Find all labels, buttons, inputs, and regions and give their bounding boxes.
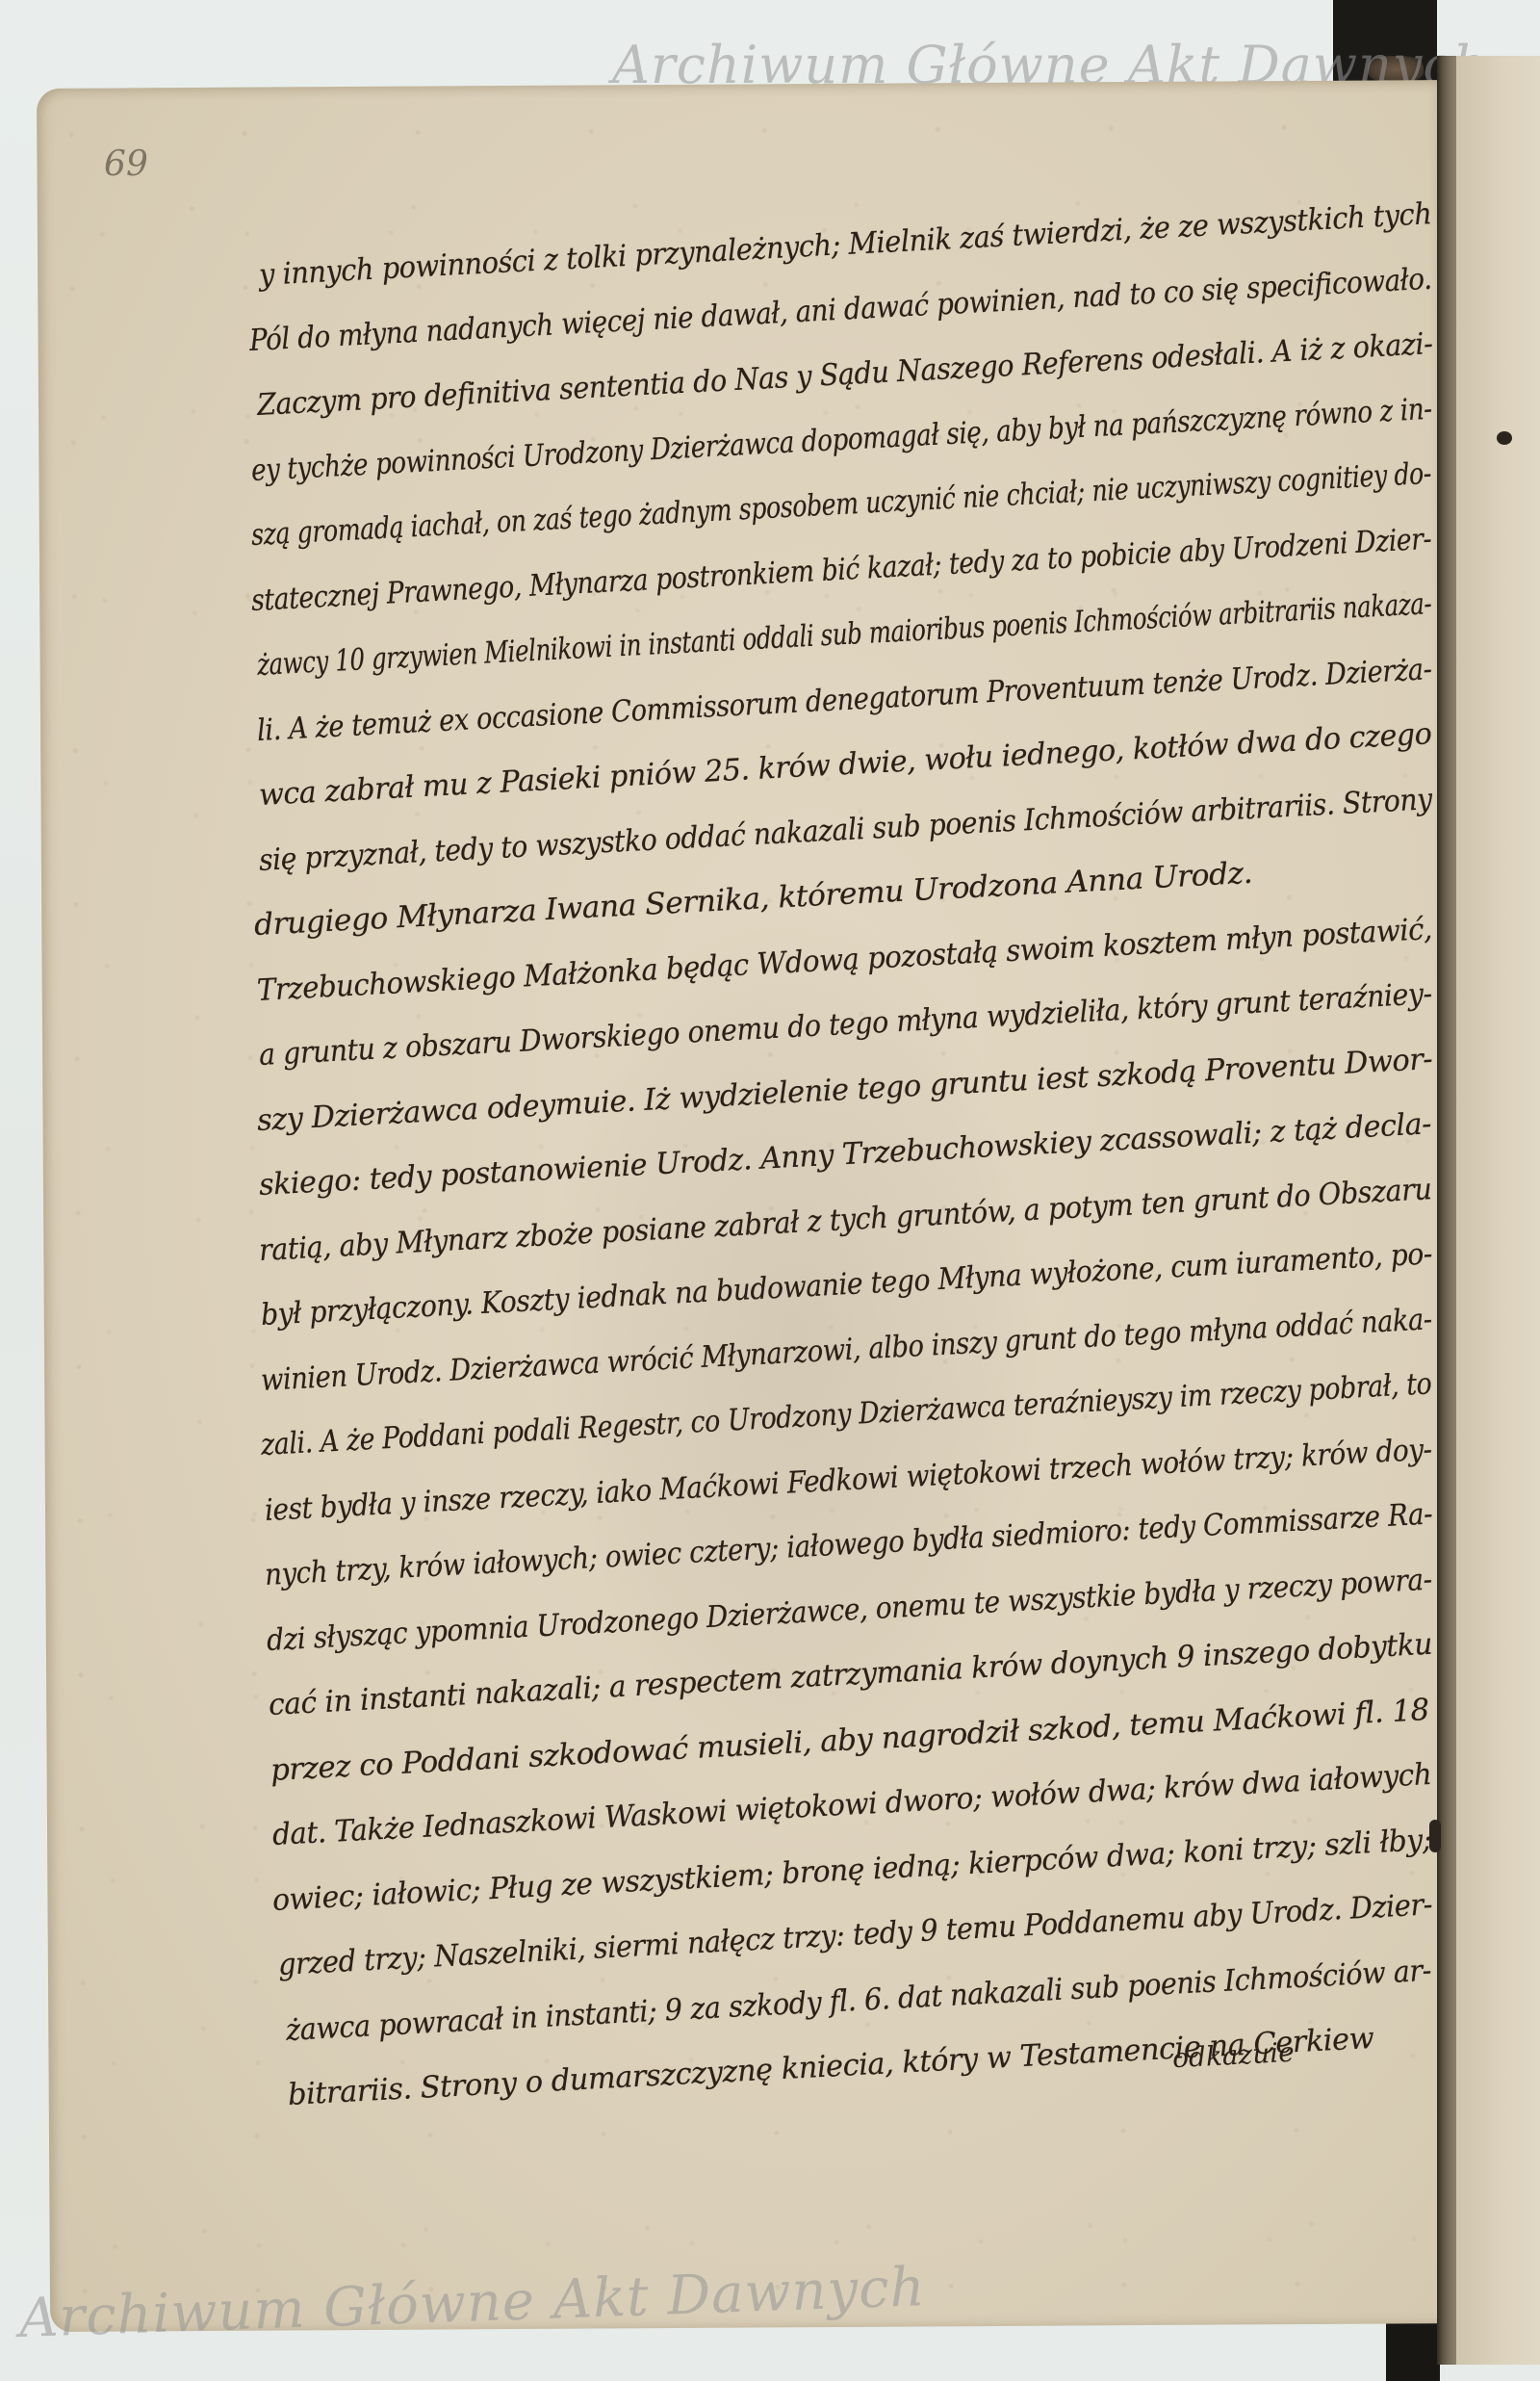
manuscript-line: szą gromadą iachał, on zaś tego żadnym s… bbox=[250, 469, 1197, 553]
catchword: odkazuie bbox=[1171, 2036, 1295, 2075]
manuscript-line: żawcy 10 grzywien Mielnikowi in instanti… bbox=[256, 600, 1175, 683]
handwritten-text: y innych powinności z tolki przynależnyc… bbox=[0, 0, 1540, 2381]
